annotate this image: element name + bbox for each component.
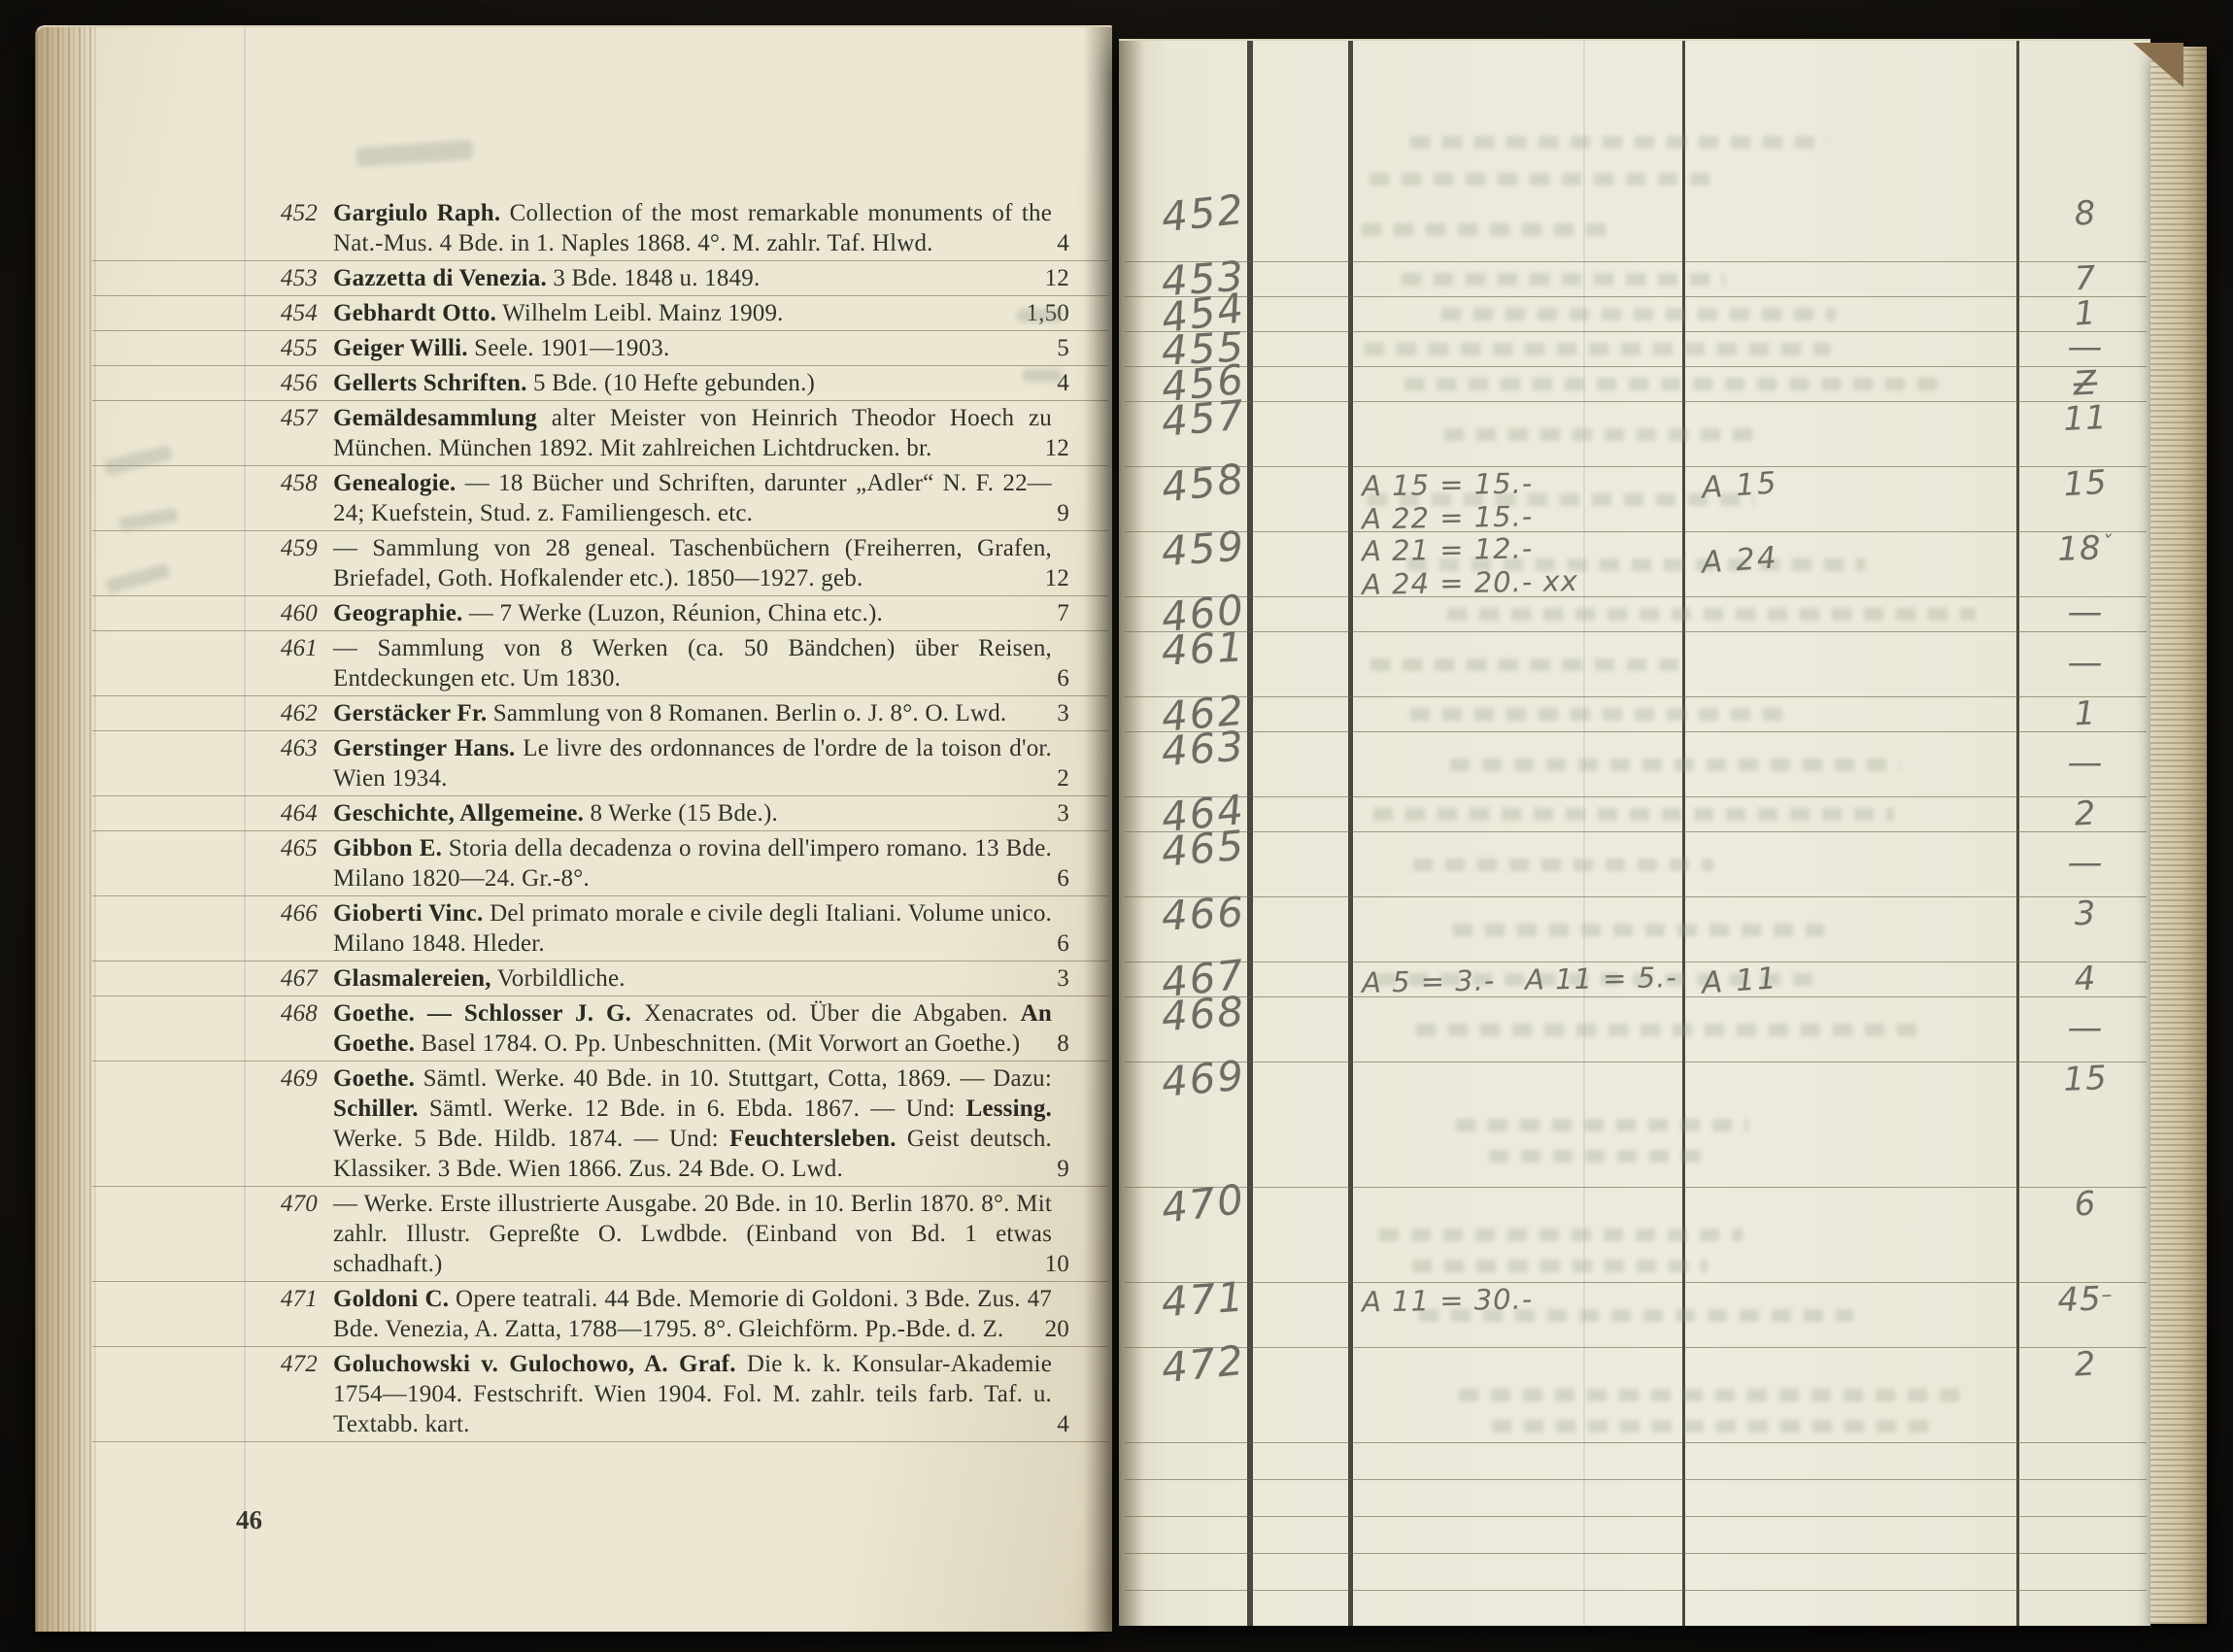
handwritten-ref-note: A 11 [1701, 961, 1779, 1000]
ledger-ruled-line [1125, 366, 2147, 367]
ledger-ruled-line [1125, 296, 2147, 297]
bleed-through-text [1370, 173, 1719, 185]
entry-lead-bold: Geschichte, Allgemeine. [333, 800, 584, 826]
handwritten-result: 1 [2021, 691, 2149, 736]
ledger-ruled-line [1125, 831, 2147, 832]
entry-text: Gazzetta di Venezia. 3 Bde. 1848 u. 1849… [333, 265, 760, 291]
entry-text: Goethe. — Schlosser J. G. Xenacrates od.… [333, 1000, 1052, 1057]
handwritten-lot-number: 470 [1141, 1175, 1247, 1234]
handwritten-price-note: A 24 = 20.- xx [1362, 564, 1578, 601]
bleed-through-text [1441, 308, 1836, 320]
entry-text: Goethe. Sämtl. Werke. 40 Bde. in 10. Stu… [333, 1065, 1052, 1182]
handwritten-result: 3 [2021, 893, 2148, 934]
entry-text: — Sammlung von 28 geneal. Taschenbüchern… [333, 535, 1052, 591]
entry-text: Gebhardt Otto. Wilhelm Leibl. Mainz 1909… [333, 300, 784, 326]
estimate-price: 2 [1057, 763, 1069, 793]
catalog-entry: 471Goldoni C. Opere teatrali. 44 Bde. Me… [92, 1282, 1108, 1347]
entry-lead-bold: Goldoni C. [333, 1286, 449, 1312]
catalog-entries: 452Gargiulo Raph. Collection of the most… [92, 196, 1108, 1442]
lot-number: 469 [228, 1063, 318, 1094]
result-value: — [2068, 592, 2104, 632]
lot-number: 454 [228, 298, 318, 328]
bleed-through-text [1444, 428, 1760, 441]
catalog-entry: 461— Sammlung von 8 Werken (ca. 50 Bändc… [92, 631, 1108, 696]
entry-lead-bold: Lessing. [966, 1096, 1052, 1122]
handwritten-result: 2 [2021, 1342, 2149, 1388]
entry-text: Gerstäcker Fr. Sammlung von 8 Romanen. B… [333, 700, 1006, 726]
estimate-price: 6 [1057, 663, 1069, 693]
result-flourish: – [2101, 1283, 2114, 1307]
bleed-through-text [1459, 1389, 1964, 1401]
entry-lead-bold: Gioberti Vinc. [333, 900, 483, 927]
handwritten-result: — [2022, 743, 2148, 783]
ledger-ruled-line [1125, 1187, 2147, 1188]
handwritten-result: — [2022, 843, 2148, 883]
ledger-ruled-line [1125, 1553, 2147, 1554]
result-value: Z [2073, 363, 2098, 403]
catalog-entry: 464Geschichte, Allgemeine. 8 Werke (15 B… [92, 796, 1108, 831]
ledger-ruled-line [1125, 466, 2147, 467]
bleed-through-text [1402, 273, 1725, 286]
entry-lead-bold: Goluchowski v. Gulochowo, A. Graf. [333, 1351, 736, 1377]
result-flourish: ˇ [2101, 532, 2114, 556]
estimate-price: 12 [1045, 263, 1069, 293]
entry-body-text: Basel 1784. O. Pp. Unbeschnitten. (Mit V… [415, 1030, 1020, 1057]
estimate-price: 3 [1057, 698, 1069, 728]
entry-text: Gibbon E. Storia della decadenza o rovin… [333, 835, 1052, 892]
catalog-entry: 468Goethe. — Schlosser J. G. Xenacrates … [92, 996, 1108, 1062]
lot-number: 466 [228, 898, 318, 928]
bleed-through-text [1450, 759, 1900, 771]
lot-number: 460 [228, 598, 318, 628]
entry-lead-bold: Genealogie. [333, 470, 456, 496]
lot-number: 467 [228, 963, 318, 994]
catalog-entry: 455Geiger Willi. Seele. 1901—1903.5 [92, 331, 1108, 366]
entry-lead-bold: Geiger Willi. [333, 335, 468, 361]
ledger-column-rule [1247, 41, 1253, 1626]
handwritten-result: 6 [2021, 1181, 2149, 1228]
entry-lead-bold: Schiller. [333, 1096, 419, 1122]
entry-body-text: 8 Werke (15 Bde.). [584, 800, 778, 826]
lot-number: 463 [228, 733, 318, 763]
result-value: — [2068, 1008, 2104, 1048]
entry-text: Gellerts Schriften. 5 Bde. (10 Hefte geb… [333, 370, 815, 396]
handwritten-price-note: A 5 = 3.- A 11 = 5.- [1362, 961, 1677, 999]
entry-body-text: Werke. 5 Bde. Hildb. 1874. — Und: [333, 1126, 729, 1152]
handwritten-price-note: A 11 = 30.- [1362, 1282, 1534, 1318]
entry-lead-bold: Gellerts Schriften. [333, 370, 527, 396]
entry-body-text: — Werke. Erste illustrierte Ausgabe. 20 … [333, 1191, 1052, 1277]
bleed-through-smudge [1023, 369, 1062, 382]
right-page-ledger-sheet: 452845374541455—456Z4571145815A 15 = 15.… [1119, 39, 2150, 1626]
lot-number: 455 [228, 333, 318, 363]
handwritten-lot-number: 452 [1142, 185, 1248, 244]
lot-number: 459 [228, 533, 318, 563]
bleed-through-text [1492, 1420, 1929, 1433]
entry-text: Geographie. — 7 Werke (Luzon, Réunion, C… [333, 600, 883, 626]
handwritten-lot-number: 458 [1141, 455, 1247, 514]
handwritten-lot-number: 463 [1142, 722, 1246, 776]
ledger-ruled-line [1125, 261, 2147, 262]
bleed-through-text [1373, 808, 1894, 821]
ledger-column-rule [2016, 41, 2019, 1626]
entry-lead-bold: Geographie. [333, 600, 462, 626]
entry-lead-bold: Feuchtersleben. [729, 1126, 897, 1152]
result-value: 3 [2074, 894, 2097, 934]
lot-number: 468 [228, 998, 318, 1028]
catalog-entry: 463Gerstinger Hans. Le livre des ordonna… [92, 731, 1108, 796]
result-value: 18 [2057, 528, 2103, 569]
handwritten-result: 4 [2021, 957, 2149, 1002]
entry-body-text: Sämtl. Werke. 40 Bde. in 10. Stuttgart, … [415, 1065, 1052, 1092]
handwritten-result: 15 [2021, 1057, 2149, 1101]
result-value: — [2068, 327, 2104, 367]
handwritten-lot-number: 472 [1142, 1336, 1248, 1395]
bleed-through-smudge [1017, 309, 1062, 322]
result-value: — [2068, 643, 2104, 683]
catalog-entry: 452Gargiulo Raph. Collection of the most… [92, 196, 1108, 261]
bleed-through-text [1456, 1119, 1748, 1131]
bleed-through-text [1410, 136, 1828, 149]
ledger-ruled-line [1125, 1062, 2147, 1062]
handwritten-result: — [2022, 643, 2148, 683]
lot-number: 452 [228, 198, 318, 228]
result-value: 7 [2074, 259, 2097, 299]
handwritten-ref-note: A 24 [1701, 540, 1779, 580]
entry-lead-bold: Gemäldesammlung [333, 405, 537, 431]
entry-text: Goluchowski v. Gulochowo, A. Graf. Die k… [333, 1351, 1052, 1437]
lot-number: 472 [228, 1349, 318, 1379]
estimate-price: 3 [1057, 963, 1069, 994]
ledger-column-rule [1348, 41, 1353, 1626]
ledger-ruled-line [1125, 1347, 2147, 1348]
entry-body-text: Wilhelm Leibl. Mainz 1909. [496, 300, 784, 326]
bleed-through-smudge [355, 140, 473, 167]
bleed-through-text [1447, 608, 1976, 621]
estimate-price: 6 [1057, 863, 1069, 893]
result-value: 2 [2074, 1344, 2098, 1384]
result-value: 6 [2073, 1184, 2097, 1224]
ledger-ruled-line [1125, 1282, 2147, 1283]
lot-number: 470 [228, 1189, 318, 1219]
bleed-through-text [1412, 1260, 1708, 1272]
catalog-entry: 467Glasmalereien, Vorbildliche.3 [92, 961, 1108, 996]
entry-text: Gerstinger Hans. Le livre des ordonnance… [333, 735, 1052, 792]
entry-body-text: 5 Bde. (10 Hefte gebunden.) [527, 370, 815, 396]
catalog-entry: 459— Sammlung von 28 geneal. Taschenbüch… [92, 531, 1108, 596]
ledger-ruled-line [1125, 401, 2147, 402]
entry-text: — Werke. Erste illustrierte Ausgabe. 20 … [333, 1191, 1052, 1277]
estimate-price: 3 [1057, 798, 1069, 828]
bleed-through-text [1365, 343, 1830, 355]
entry-lead-bold: Gibbon E. [333, 835, 442, 861]
torn-corner [2133, 43, 2183, 87]
handwritten-lot-number: 459 [1142, 522, 1246, 576]
ledger-ruled-line [1125, 996, 2147, 997]
entry-body-text: Sammlung von 8 Romanen. Berlin o. J. 8°.… [487, 700, 1006, 726]
handwritten-result: 18ˇ [2021, 527, 2148, 571]
catalog-entry: 466Gioberti Vinc. Del primato morale e c… [92, 896, 1108, 961]
estimate-price: 8 [1057, 1028, 1069, 1059]
bleed-through-text [1453, 924, 1824, 936]
result-value: 11 [2063, 398, 2109, 439]
entry-body-text: — 7 Werke (Luzon, Réunion, China etc.). [462, 600, 883, 626]
entry-lead-bold: Gebhardt Otto. [333, 300, 496, 326]
page-number: 46 [236, 1505, 262, 1535]
entry-text: Gargiulo Raph. Collection of the most re… [333, 200, 1052, 256]
handwritten-result: 2 [2021, 792, 2149, 837]
estimate-price: 20 [1045, 1314, 1069, 1344]
catalog-entry: 469Goethe. Sämtl. Werke. 40 Bde. in 10. … [92, 1062, 1108, 1187]
handwritten-lot-number: 461 [1143, 623, 1246, 675]
lot-number: 461 [228, 633, 318, 663]
bleed-through-text [1413, 859, 1713, 871]
estimate-price: 12 [1045, 433, 1069, 463]
handwritten-price-note: A 22 = 15.- [1362, 499, 1534, 535]
entry-text: Gemäldesammlung alter Meister von Heinri… [333, 405, 1052, 461]
result-value: 15 [2063, 1059, 2109, 1099]
ledger-ruled-line [1125, 1442, 2147, 1443]
entry-lead-bold: Gargiulo Raph. [333, 200, 500, 226]
result-value: 4 [2074, 959, 2098, 998]
entry-text: Glasmalereien, Vorbildliche. [333, 965, 626, 992]
entry-body-text: 3 Bde. 1848 u. 1849. [547, 265, 760, 291]
bleed-through-text [1362, 223, 1614, 236]
entry-body-text: Seele. 1901—1903. [468, 335, 670, 361]
entry-body-text: Xenacrates od. Über die Abgaben. [631, 1000, 1021, 1027]
handwritten-price-note: A 15 = 15.- [1362, 466, 1534, 502]
bleed-through-text [1404, 378, 1941, 390]
catalog-entry: 460Geographie. — 7 Werke (Luzon, Réunion… [92, 596, 1108, 631]
estimate-price: 4 [1057, 1409, 1069, 1439]
entry-body-text: Vorbildliche. [491, 965, 626, 992]
ledger-ruled-line [1125, 696, 2147, 697]
handwritten-lot-number: 466 [1143, 888, 1246, 940]
entry-text: Genealogie. — 18 Bücher und Schriften, d… [333, 470, 1052, 526]
handwritten-result: 11 [2021, 396, 2149, 441]
lot-number: 456 [228, 368, 318, 398]
ledger-ruled-line [1125, 631, 2147, 632]
catalog-entry: 458Genealogie. — 18 Bücher und Schriften… [92, 466, 1108, 531]
estimate-price: 6 [1057, 928, 1069, 959]
ledger-ruled-line [1125, 331, 2147, 332]
estimate-price: 9 [1057, 498, 1069, 528]
catalog-entry: 454Gebhardt Otto. Wilhelm Leibl. Mainz 1… [92, 296, 1108, 331]
result-value: — [2068, 843, 2104, 883]
entry-lead-bold: Goethe. [333, 1065, 415, 1092]
catalog-entry: 457Gemäldesammlung alter Meister von Hei… [92, 401, 1108, 466]
gutter-shadow-left [1083, 27, 1112, 1632]
ledger-ruled-line [1125, 1590, 2147, 1591]
handwritten-result: — [2022, 592, 2148, 632]
entry-body-text: — Sammlung von 8 Werken (ca. 50 Bändchen… [333, 635, 1052, 691]
entry-text: — Sammlung von 8 Werken (ca. 50 Bändchen… [333, 635, 1052, 691]
result-value: 45 [2057, 1279, 2103, 1320]
handwritten-result: 15 [2021, 460, 2149, 507]
entry-lead-bold: Goethe. — Schlosser J. G. [333, 1000, 631, 1027]
result-value: 1 [2074, 694, 2097, 734]
left-page-printed-catalog: 452Gargiulo Raph. Collection of the most… [35, 25, 1112, 1632]
catalog-entry: 472Goluchowski v. Gulochowo, A. Graf. Di… [92, 1347, 1108, 1442]
estimate-price: 4 [1057, 228, 1069, 258]
result-value: 8 [2074, 193, 2098, 233]
result-value: — [2068, 743, 2104, 783]
result-value: 15 [2062, 463, 2109, 505]
book-fore-edge-right [2150, 47, 2207, 1624]
result-value: 2 [2074, 793, 2098, 833]
lot-number: 464 [228, 798, 318, 828]
handwritten-lot-number: 457 [1142, 391, 1247, 448]
lot-number: 453 [228, 263, 318, 293]
handwritten-lot-number: 468 [1142, 987, 1246, 1041]
catalog-entry: 470— Werke. Erste illustrierte Ausgabe. … [92, 1187, 1108, 1282]
entry-text: Geschichte, Allgemeine. 8 Werke (15 Bde.… [333, 800, 778, 826]
estimate-price: 9 [1057, 1154, 1069, 1184]
bleed-through-text [1370, 658, 1678, 671]
bleed-through-text [1379, 1229, 1742, 1241]
ledger-ruled-line [1125, 896, 2147, 897]
entry-text: Geiger Willi. Seele. 1901—1903. [333, 335, 669, 361]
page-stack-fore-edge [36, 27, 96, 1632]
ledger-ruled-line [1125, 596, 2147, 597]
handwritten-result: — [2022, 1008, 2148, 1048]
estimate-price: 12 [1045, 563, 1069, 593]
ledger-ruled-line [1125, 1516, 2147, 1517]
entry-text: Gioberti Vinc. Del primato morale e civi… [333, 900, 1052, 957]
entry-lead-bold: Glasmalereien, [333, 965, 491, 992]
estimate-price: 10 [1045, 1249, 1069, 1279]
bleed-through-text [1416, 1024, 1929, 1036]
estimate-price: 7 [1057, 598, 1069, 628]
handwritten-result: 8 [2021, 191, 2149, 237]
estimate-price: 5 [1057, 333, 1069, 363]
lot-number: 465 [228, 833, 318, 863]
handwritten-lot-number: 471 [1142, 1272, 1246, 1327]
handwritten-ref-note: A 15 [1701, 465, 1779, 505]
entry-body-text: Sämtl. Werke. 12 Bde. in 6. Ebda. 1867. … [419, 1096, 966, 1122]
lot-number: 462 [228, 698, 318, 728]
ledger-ruled-line [1125, 1479, 2147, 1480]
catalog-entry: 462Gerstäcker Fr. Sammlung von 8 Romanen… [92, 696, 1108, 731]
ledger-ruled-line [1125, 531, 2147, 532]
bleed-through-text [1489, 1150, 1713, 1163]
photographed-book-spread: 452Gargiulo Raph. Collection of the most… [0, 0, 2233, 1652]
gutter-shadow-right [1119, 41, 1144, 1626]
handwritten-result: 45– [2021, 1278, 2148, 1322]
catalog-entry: 453Gazzetta di Venezia. 3 Bde. 1848 u. 1… [92, 261, 1108, 296]
handwritten-lot-number: 469 [1142, 1052, 1247, 1108]
catalog-entry: 456Gellerts Schriften. 5 Bde. (10 Hefte … [92, 366, 1108, 401]
ledger-ruled-line [1125, 731, 2147, 732]
lot-number: 471 [228, 1284, 318, 1314]
handwritten-price-note: A 21 = 12.- [1362, 531, 1534, 567]
handwritten-lot-number: 465 [1142, 822, 1247, 878]
entry-lead-bold: Gerstäcker Fr. [333, 700, 487, 726]
entry-lead-bold: Gazzetta di Venezia. [333, 265, 547, 291]
catalog-entry: 465Gibbon E. Storia della decadenza o ro… [92, 831, 1108, 896]
ledger-ruled-line [1125, 796, 2147, 797]
entry-body-text: — Sammlung von 28 geneal. Taschenbüchern… [333, 535, 1052, 591]
entry-text: Goldoni C. Opere teatrali. 44 Bde. Memor… [333, 1286, 1052, 1342]
lot-number: 458 [228, 468, 318, 498]
entry-lead-bold: Gerstinger Hans. [333, 735, 515, 761]
lot-number: 457 [228, 403, 318, 433]
bleed-through-text [1410, 708, 1789, 721]
